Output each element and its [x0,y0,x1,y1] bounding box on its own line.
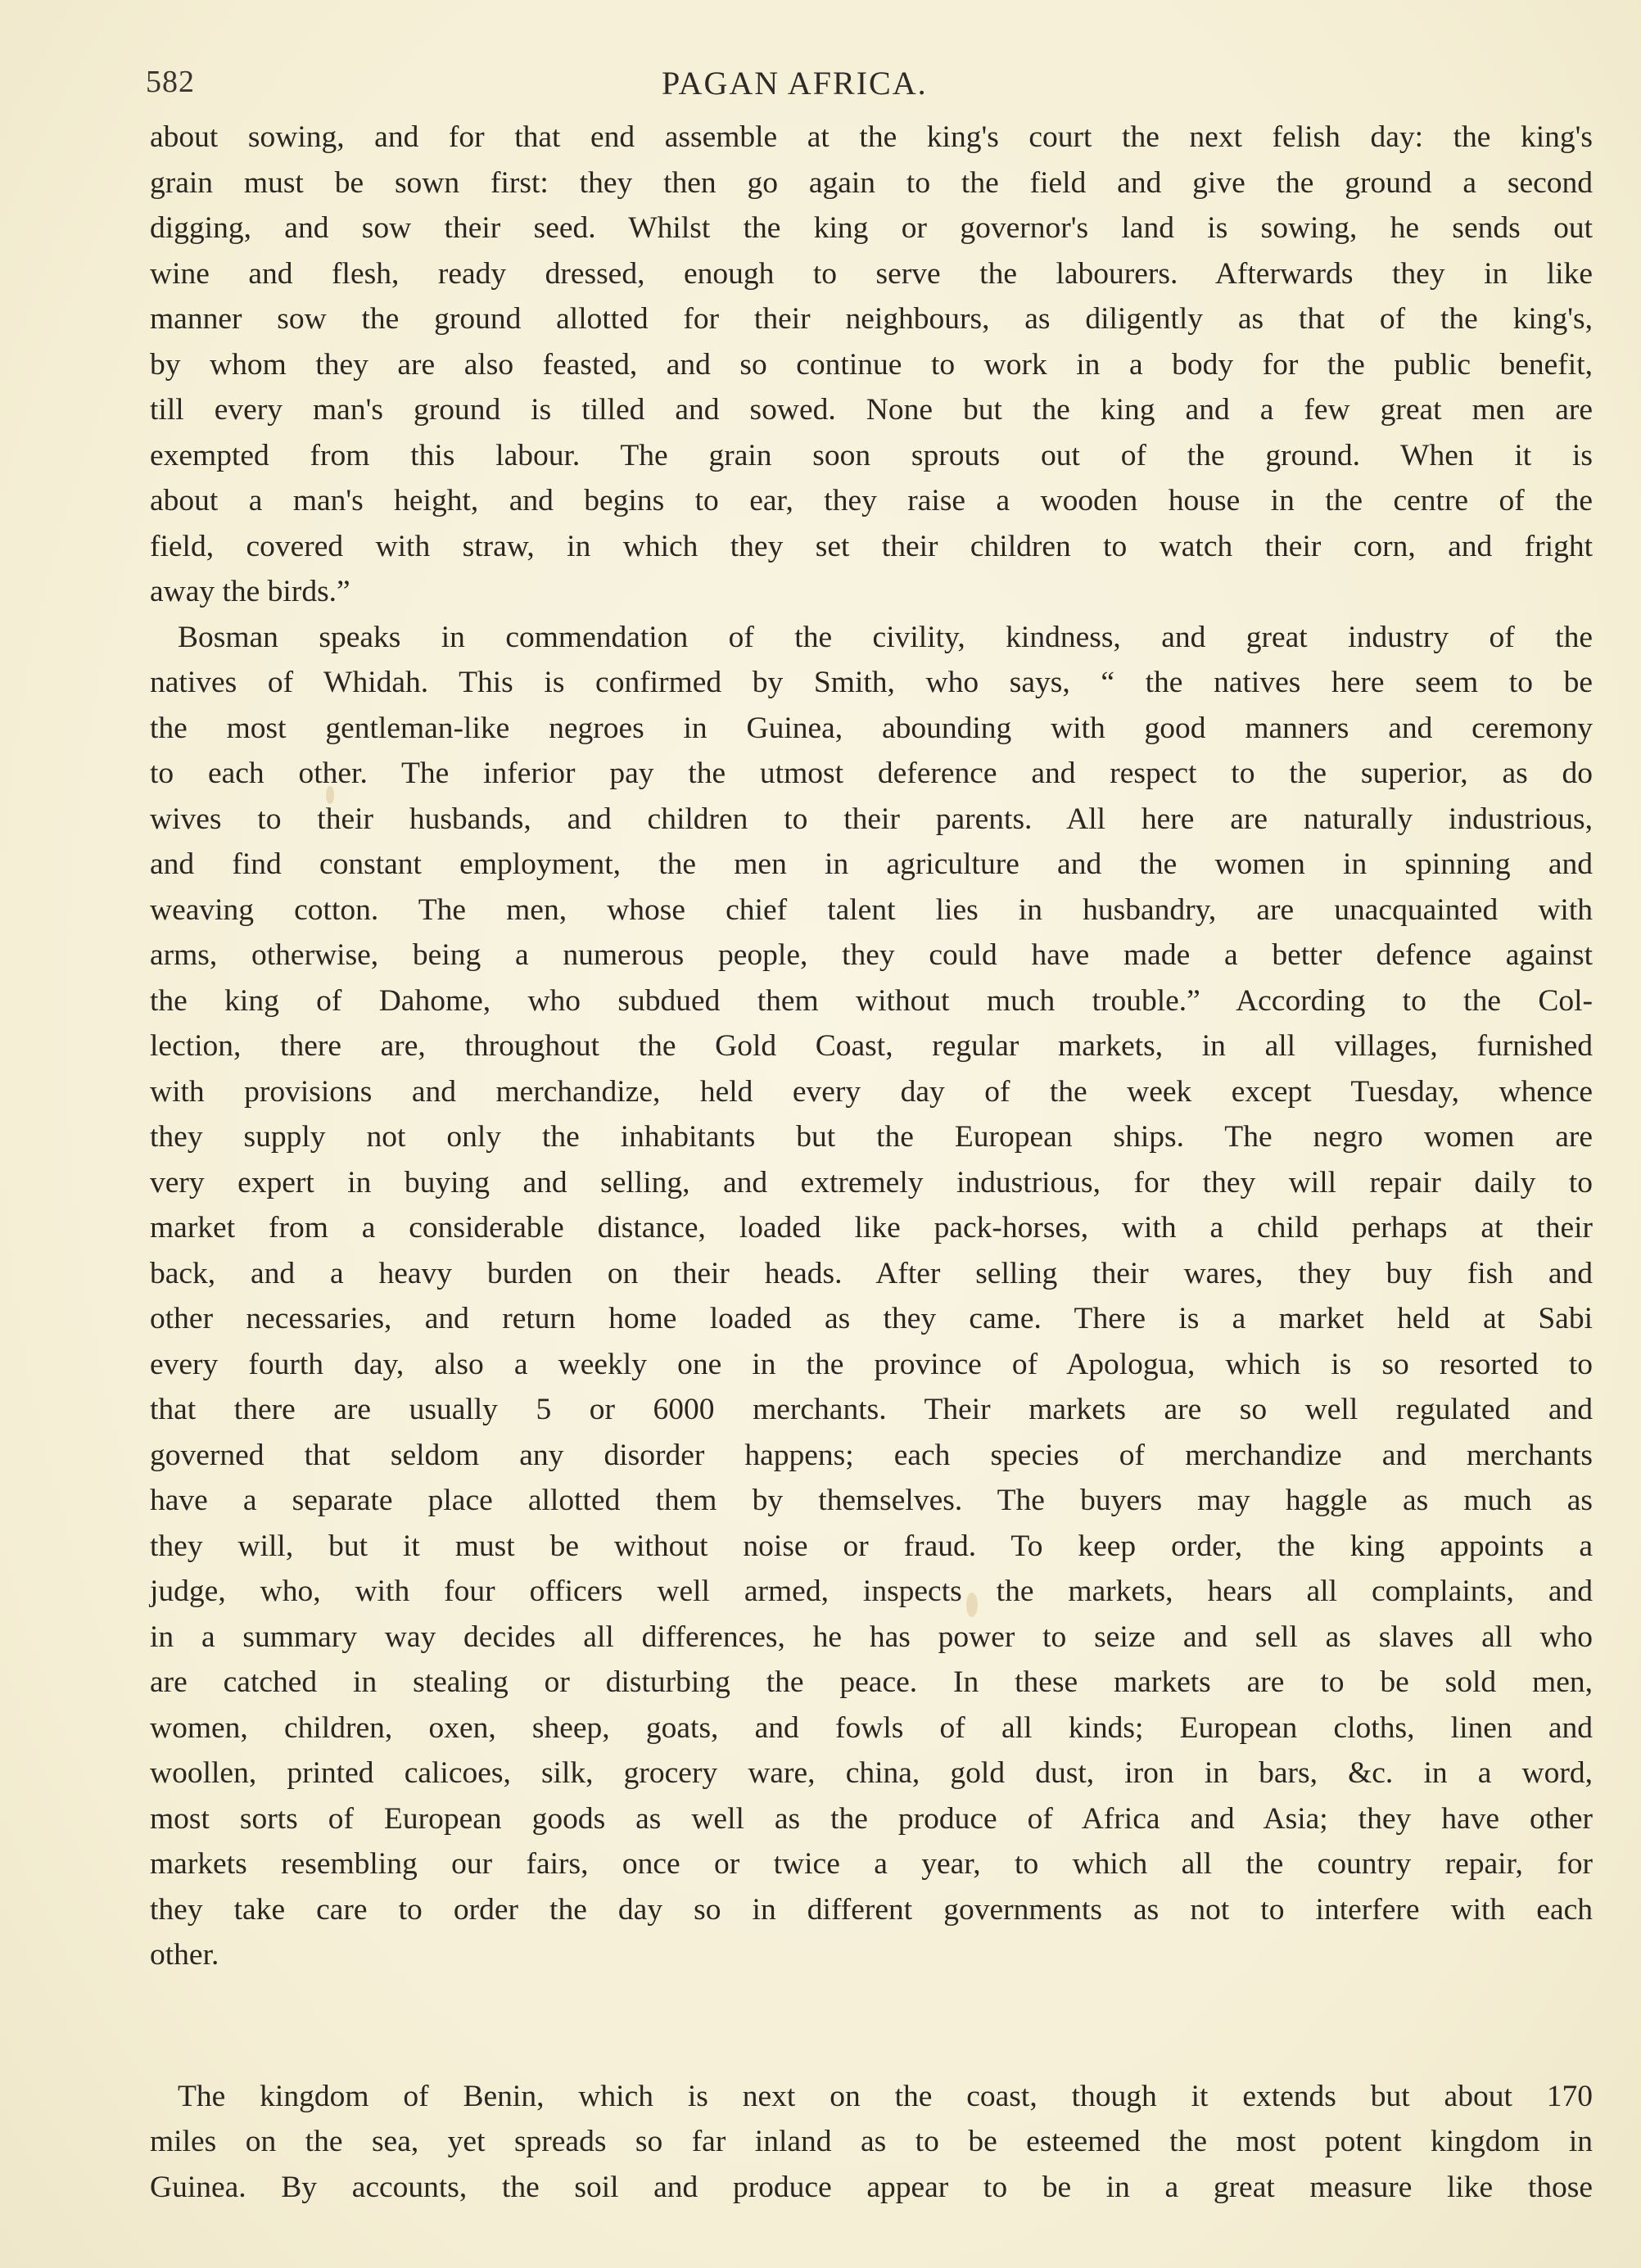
text-line: weaving cotton. The men, whose chief tal… [150,888,1593,933]
text-line: women, children, oxen, sheep, goats, and… [150,1706,1593,1751]
paragraph-1: about sowing, and for that end assemble … [150,115,1593,615]
text-line: are catched in stealing or disturbing th… [150,1660,1593,1706]
text-line: about a man's height, and begins to ear,… [150,478,1593,524]
text-line: The kingdom of Benin, which is next on t… [150,2074,1593,2120]
paper-stain [966,1593,978,1617]
text-line: natives of Whidah. This is confirmed by … [150,660,1593,706]
text-line: that there are usually 5 or 6000 merchan… [150,1387,1593,1433]
text-line: they take care to order the day so in di… [150,1887,1593,1933]
paragraph-3: The kingdom of Benin, which is next on t… [150,2074,1593,2211]
text-line: have a separate place allotted them by t… [150,1478,1593,1524]
text-line: about sowing, and for that end assemble … [150,115,1593,160]
page-header: 582 PAGAN AFRICA. [146,64,1595,105]
text-line: other necessaries, and return home loade… [150,1296,1593,1342]
text-line: by whom they are also feasted, and so co… [150,342,1593,388]
page-number: 582 [146,64,195,100]
text-line: in a summary way decides all differences… [150,1615,1593,1660]
text-line: other. [150,1932,1593,1978]
text-line: till every man's ground is tilled and so… [150,387,1593,433]
body-text: about sowing, and for that end assemble … [150,115,1593,2210]
text-line: market from a considerable distance, loa… [150,1205,1593,1251]
text-line: very expert in buying and selling, and e… [150,1160,1593,1206]
text-line: every fourth day, also a weekly one in t… [150,1342,1593,1388]
text-line: to each other. The inferior pay the utmo… [150,751,1593,797]
text-line: miles on the sea, yet spreads so far inl… [150,2119,1593,2165]
text-line: markets resembling our fairs, once or tw… [150,1841,1593,1887]
text-line: arms, otherwise, being a numerous people… [150,933,1593,978]
text-line: Guinea. By accounts, the soil and produc… [150,2165,1593,2211]
text-line: and find constant employment, the men in… [150,842,1593,888]
text-line: they will, but it must be without noise … [150,1524,1593,1570]
text-line: Bosman speaks in commendation of the civ… [150,615,1593,661]
text-line: with provisions and merchandize, held ev… [150,1069,1593,1115]
text-line: lection, there are, throughout the Gold … [150,1023,1593,1069]
text-line: wine and flesh, ready dressed, enough to… [150,251,1593,297]
text-line: the king of Dahome, who subdued them wit… [150,978,1593,1024]
text-line: judge, who, with four officers well arme… [150,1569,1593,1615]
text-line: exempted from this labour. The grain soo… [150,433,1593,479]
text-line: manner sow the ground allotted for their… [150,296,1593,342]
text-line: most sorts of European goods as well as … [150,1796,1593,1842]
text-line: woollen, printed calicoes, silk, grocery… [150,1751,1593,1796]
text-line [150,1978,1593,2024]
text-line: back, and a heavy burden on their heads.… [150,1251,1593,1297]
text-line: governed that seldom any disorder happen… [150,1433,1593,1479]
text-line: away the birds.” [150,569,1593,615]
text-line: wives to their husbands, and children to… [150,797,1593,843]
text-line [150,2023,1593,2069]
text-line: grain must be sown first: they then go a… [150,160,1593,206]
text-line: the most gentleman-like negroes in Guine… [150,706,1593,752]
paragraph-2: Bosman speaks in commendation of the civ… [150,615,1593,2069]
text-line: digging, and sow their seed. Whilst the … [150,206,1593,251]
running-head: PAGAN AFRICA. [662,64,928,102]
text-line: field, covered with straw, in which they… [150,524,1593,570]
text-line: they supply not only the inhabitants but… [150,1114,1593,1160]
paper-stain [326,786,334,804]
